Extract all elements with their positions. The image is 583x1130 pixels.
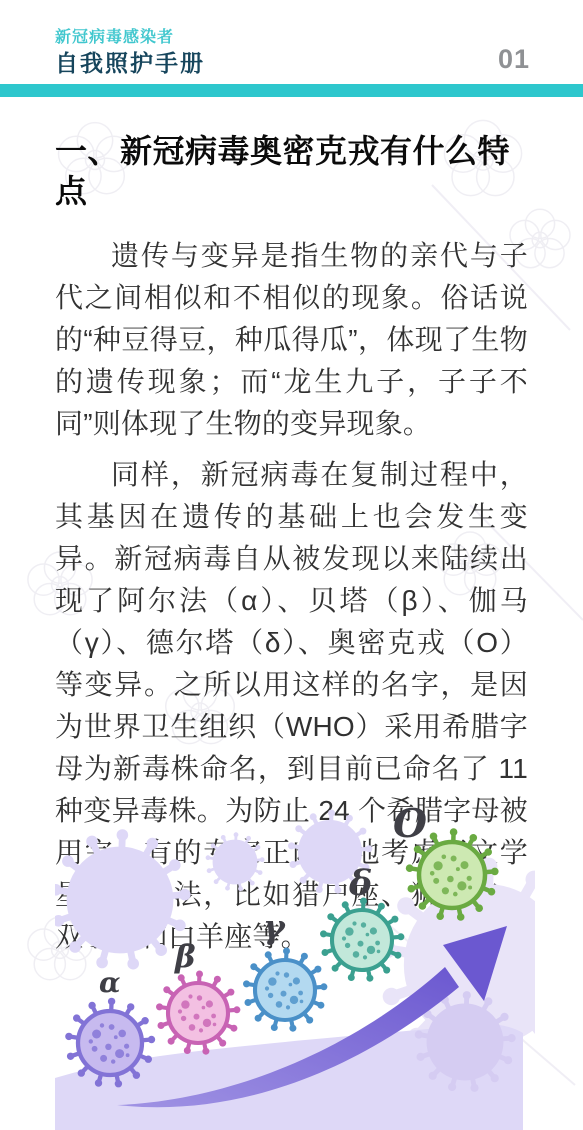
variant-label-beta: β [174,939,196,975]
variants-illustration-svg: αβγδO [55,795,535,1130]
handbook-page: 新冠病毒感染者 自我照护手册 01 一、新冠病毒奥密克戎有什么特点 遗传与变异是… [0,0,583,1130]
variant-label-gamma: γ [263,907,287,946]
page-number: 01 [498,44,530,75]
paragraph-genetics: 遗传与变异是指生物的亲代与子代之间相似和不相似的现象。俗话说的“种豆得豆，种瓜得… [55,235,528,445]
virus-delta-icon [320,898,404,982]
variant-label-alpha: α [99,966,121,999]
variant-label-omicron: O [393,801,427,847]
virus-beta-icon [156,971,240,1055]
brand-subtitle: 新冠病毒感染者 [55,28,533,48]
section-heading: 一、新冠病毒奥密克戎有什么特点 [55,131,528,211]
brand-title: 自我照护手册 [55,49,533,77]
variant-label-delta: δ [348,863,372,904]
silhouette-virus-icon [206,832,265,891]
page-header: 新冠病毒感染者 自我照护手册 01 [55,28,533,77]
variants-illustration: αβγδO [55,795,535,1130]
brand-block: 新冠病毒感染者 自我照护手册 [55,28,533,77]
header-accent-bar [0,84,583,97]
virus-gamma-icon [243,948,327,1032]
silhouette-virus-icon [55,829,191,969]
